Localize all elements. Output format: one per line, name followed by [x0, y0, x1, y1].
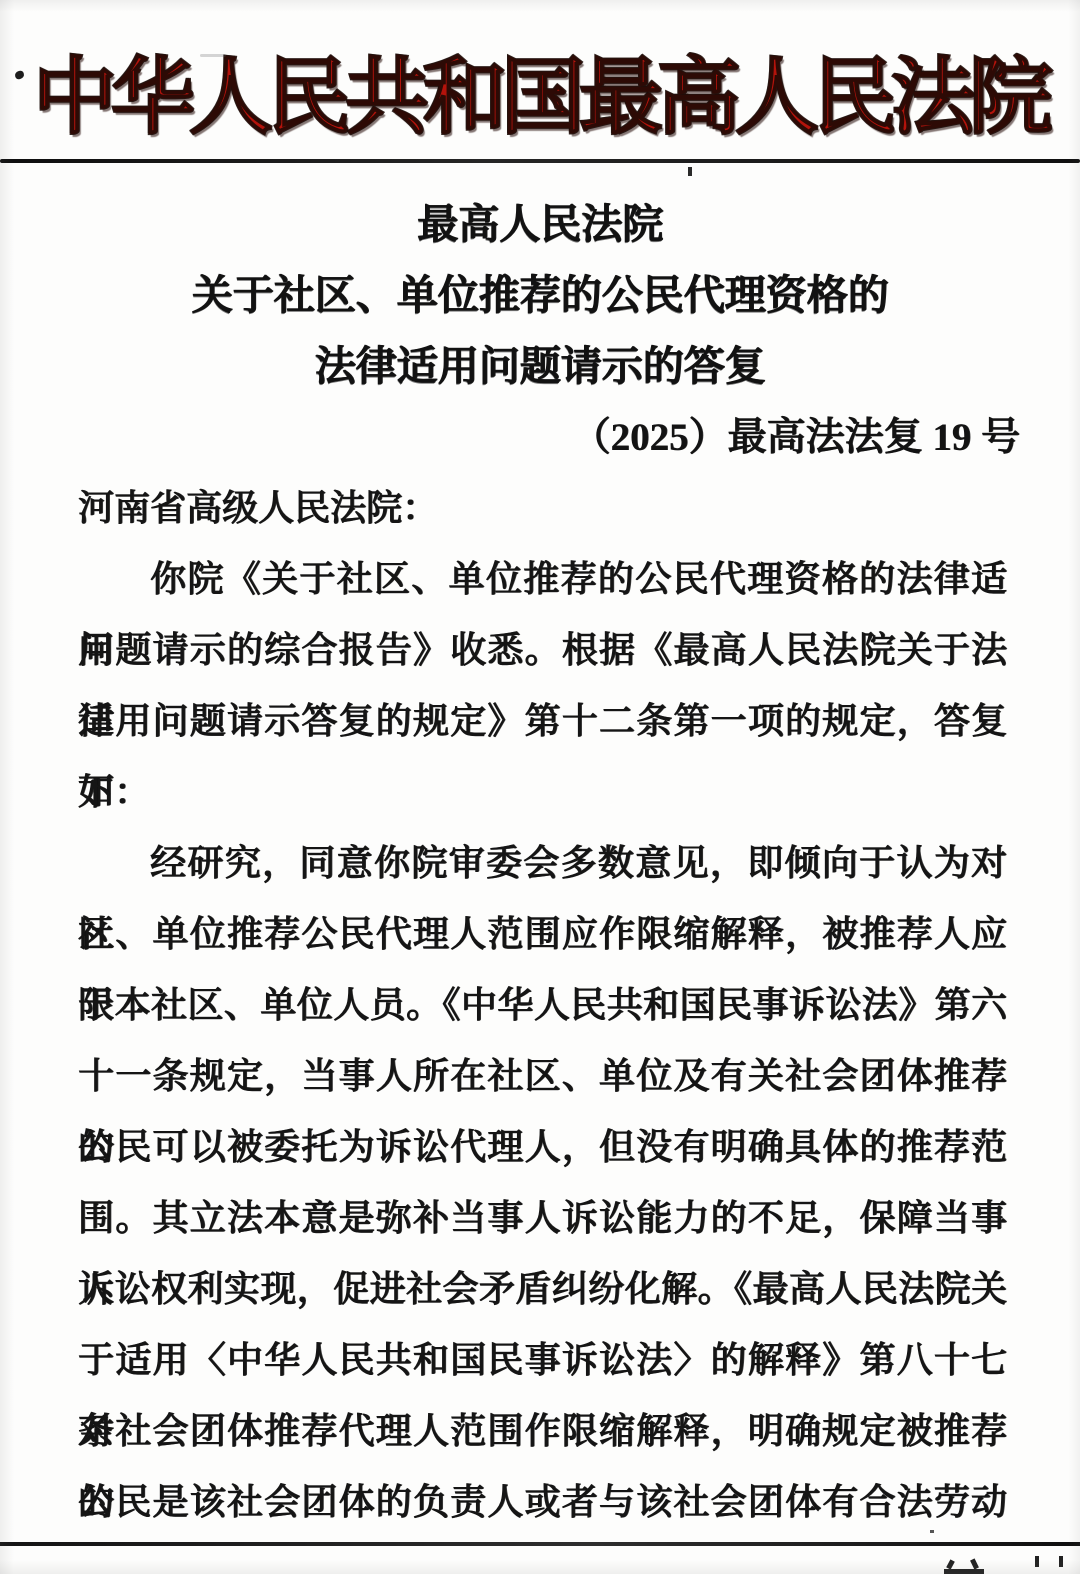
body-line: 公民可以被委托为诉讼代理人，但没有明确具体的推荐范 — [78, 1112, 1007, 1183]
masthead-title: 中华人民共和国最高人民法院 — [0, 0, 1080, 153]
document-body: 河南省高级人民法院：你院《关于社区、单位推荐的公民代理资格的法律适用问题请示的综… — [0, 473, 1080, 1538]
body-line: 你院《关于社区、单位推荐的公民代理资格的法律适用 — [78, 544, 1007, 615]
cut-off-glyph — [944, 1569, 984, 1574]
document-number: （2025）最高法法复 19 号 — [0, 402, 1080, 473]
cut-off-glyph — [970, 1558, 979, 1569]
body-line: 诉讼权利实现，促进社会矛盾纠纷化解。《最高人民法院关 — [78, 1254, 1007, 1325]
body-line: 对社会团体推荐代理人范围作限缩解释，明确规定被推荐的 — [78, 1396, 1007, 1467]
body-line: 经研究，同意你院审委会多数意见，即倾向于认为对社 — [78, 828, 1007, 899]
body-line: 区、单位推荐公民代理人范围应作限缩解释，被推荐人应限 — [78, 899, 1007, 970]
cut-off-glyph — [1059, 1556, 1063, 1567]
scan-artifact-tick — [688, 167, 692, 176]
body-line: 问题请示的综合报告》收悉。根据《最高人民法院关于法律 — [78, 615, 1007, 686]
scan-artifact-dash — [200, 54, 226, 57]
cut-off-glyph — [930, 1530, 934, 1533]
masthead-divider — [0, 159, 1080, 163]
footer-divider — [0, 1542, 1080, 1546]
body-line: 于适用〈中华人民共和国民事诉讼法〉的解释》第八十七条 — [78, 1325, 1007, 1396]
cut-off-glyph — [1035, 1556, 1039, 1567]
body-line: 适用问题请示答复的规定》第十二条第一项的规定，答复如 — [78, 686, 1007, 757]
title-line-subject: 关于社区、单位推荐的公民代理资格的 — [0, 260, 1080, 331]
body-line: 河南省高级人民法院： — [78, 473, 1007, 544]
title-line-reply: 法律适用问题请示的答复 — [0, 331, 1080, 402]
body-line: 十一条规定，当事人所在社区、单位及有关社会团体推荐的 — [78, 1041, 1007, 1112]
body-line: 围。其立法本意是弥补当事人诉讼能力的不足，保障当事人 — [78, 1183, 1007, 1254]
body-line: 公民是该社会团体的负责人或者与该社会团体有合法劳动 — [78, 1467, 1007, 1538]
body-line: 于本社区、单位人员。《中华人民共和国民事诉讼法》第六 — [78, 970, 1007, 1041]
document-title: 最高人民法院 关于社区、单位推荐的公民代理资格的 法律适用问题请示的答复 — [0, 189, 1080, 402]
document-page: 中华人民共和国最高人民法院 最高人民法院 关于社区、单位推荐的公民代理资格的 法… — [0, 0, 1080, 1574]
title-line-court: 最高人民法院 — [0, 189, 1080, 260]
body-line: 下： — [78, 757, 1007, 828]
